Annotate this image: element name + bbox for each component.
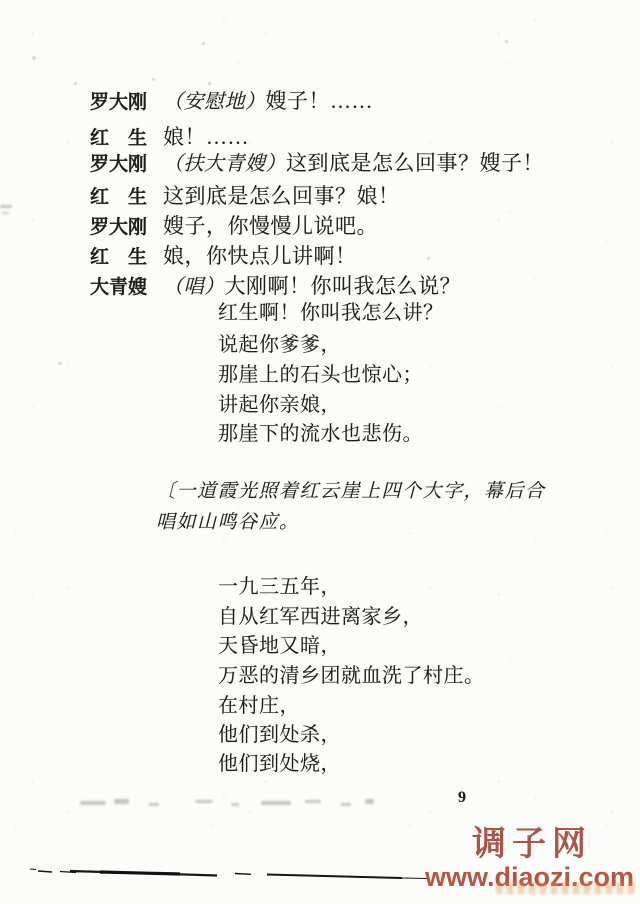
dialogue-text: 嫂子，你慢慢儿说吧。 [163,214,378,238]
dialogue-text: 大刚啊！你叫我怎么说？ [225,274,462,298]
watermark-smudge [496,882,636,894]
chorus-line: 在村庄， [218,695,300,718]
dialogue-row: 红 生娘，你快点儿讲啊！ [90,244,357,270]
chorus-line: 天昏地又暗， [218,635,341,658]
dialogue-row: 红 生这到底是怎么回事？娘！ [90,184,400,210]
dialogue-text: 这到底是怎么回事？娘！ [163,184,400,208]
speaker-name: 罗大刚 [90,153,163,177]
scanned-script-page: 罗大刚（安慰地）嫂子！…… 红 生娘！…… 罗大刚（扶大青嫂）这到底是怎么回事？… [0,0,640,904]
speaker-name: 红 生 [90,186,163,210]
speaker-name: 红 生 [90,127,163,151]
chorus-line: 他们到处杀， [218,724,341,747]
speaker-name: 红 生 [90,246,163,270]
dialogue-text: 娘！…… [163,125,249,149]
speaker-name: 罗大刚 [90,91,163,115]
song-line: 说起你爹爹， [218,334,341,357]
page-number: 9 [458,789,466,807]
stage-direction-inline: （唱） [163,276,225,298]
song-line: 红生啊！你叫我怎么讲？ [218,302,444,325]
speaker-name: 大青嫂 [90,276,163,300]
dialogue-row: 大青嫂（唱）大刚啊！你叫我怎么说？ [90,274,461,300]
chorus-line: 万恶的清乡团就血洗了村庄。 [218,665,485,688]
speaker-name: 罗大刚 [90,216,163,240]
watermark-site-name: 调子网 [472,825,592,863]
song-line: 那崖上的石头也惊心； [218,364,423,387]
stage-direction-inline: （安慰地） [163,91,266,113]
stage-direction-line: 〔一道霞光照着红云崖上四个大字，幕后合 [156,481,546,503]
dialogue-row: 罗大刚嫂子，你慢慢儿说吧。 [90,214,378,240]
dialogue-row: 罗大刚（安慰地）嫂子！…… [90,89,373,115]
chorus-line: 一九三五年， [218,576,341,599]
dialogue-row: 罗大刚（扶大青嫂）这到底是怎么回事？嫂子！ [90,151,544,177]
song-line: 讲起你亲娘， [218,394,341,417]
dialogue-text: 娘，你快点儿讲啊！ [163,244,357,268]
dialogue-text: 嫂子！…… [266,89,374,113]
dialogue-row: 红 生娘！…… [90,125,249,151]
song-line: 那崖下的流水也悲伤。 [218,423,423,446]
chorus-line: 自从红军西进离家乡， [218,606,423,629]
chorus-line: 他们到处烧， [218,753,341,776]
stage-direction-line: 唱如山鸣谷应。 [156,512,300,534]
dialogue-text: 这到底是怎么回事？嫂子！ [286,151,544,175]
stage-direction-inline: （扶大青嫂） [163,153,286,175]
